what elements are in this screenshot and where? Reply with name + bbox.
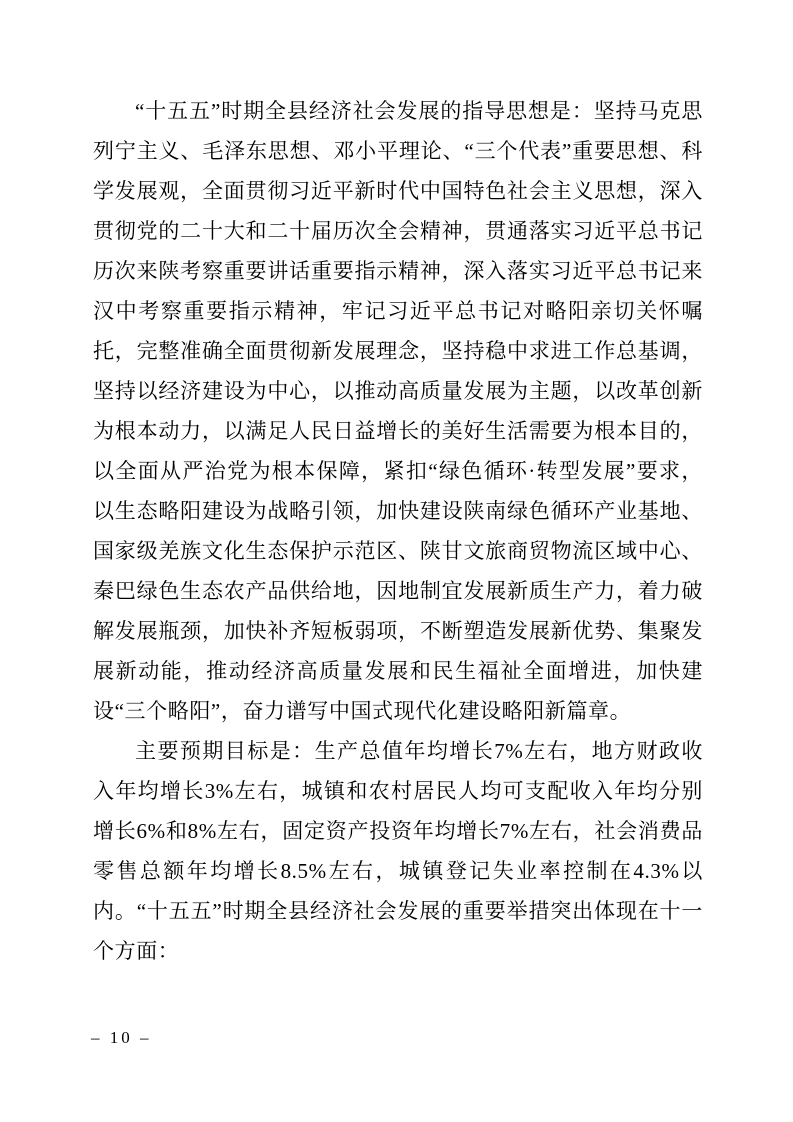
paragraph-main-targets: 主要预期目标是：生产总值年均增长7%左右，地方财政收入年均增长3%左右，城镇和农… [93,731,703,971]
paragraph-guiding-ideology: “十五五”时期全县经济社会发展的指导思想是：坚持马克思列宁主义、毛泽东思想、邓小… [93,91,703,731]
page-number: – 10 – [91,1028,152,1048]
document-page: “十五五”时期全县经济社会发展的指导思想是：坚持马克思列宁主义、毛泽东思想、邓小… [0,0,793,1122]
document-body: “十五五”时期全县经济社会发展的指导思想是：坚持马克思列宁主义、毛泽东思想、邓小… [93,91,703,971]
